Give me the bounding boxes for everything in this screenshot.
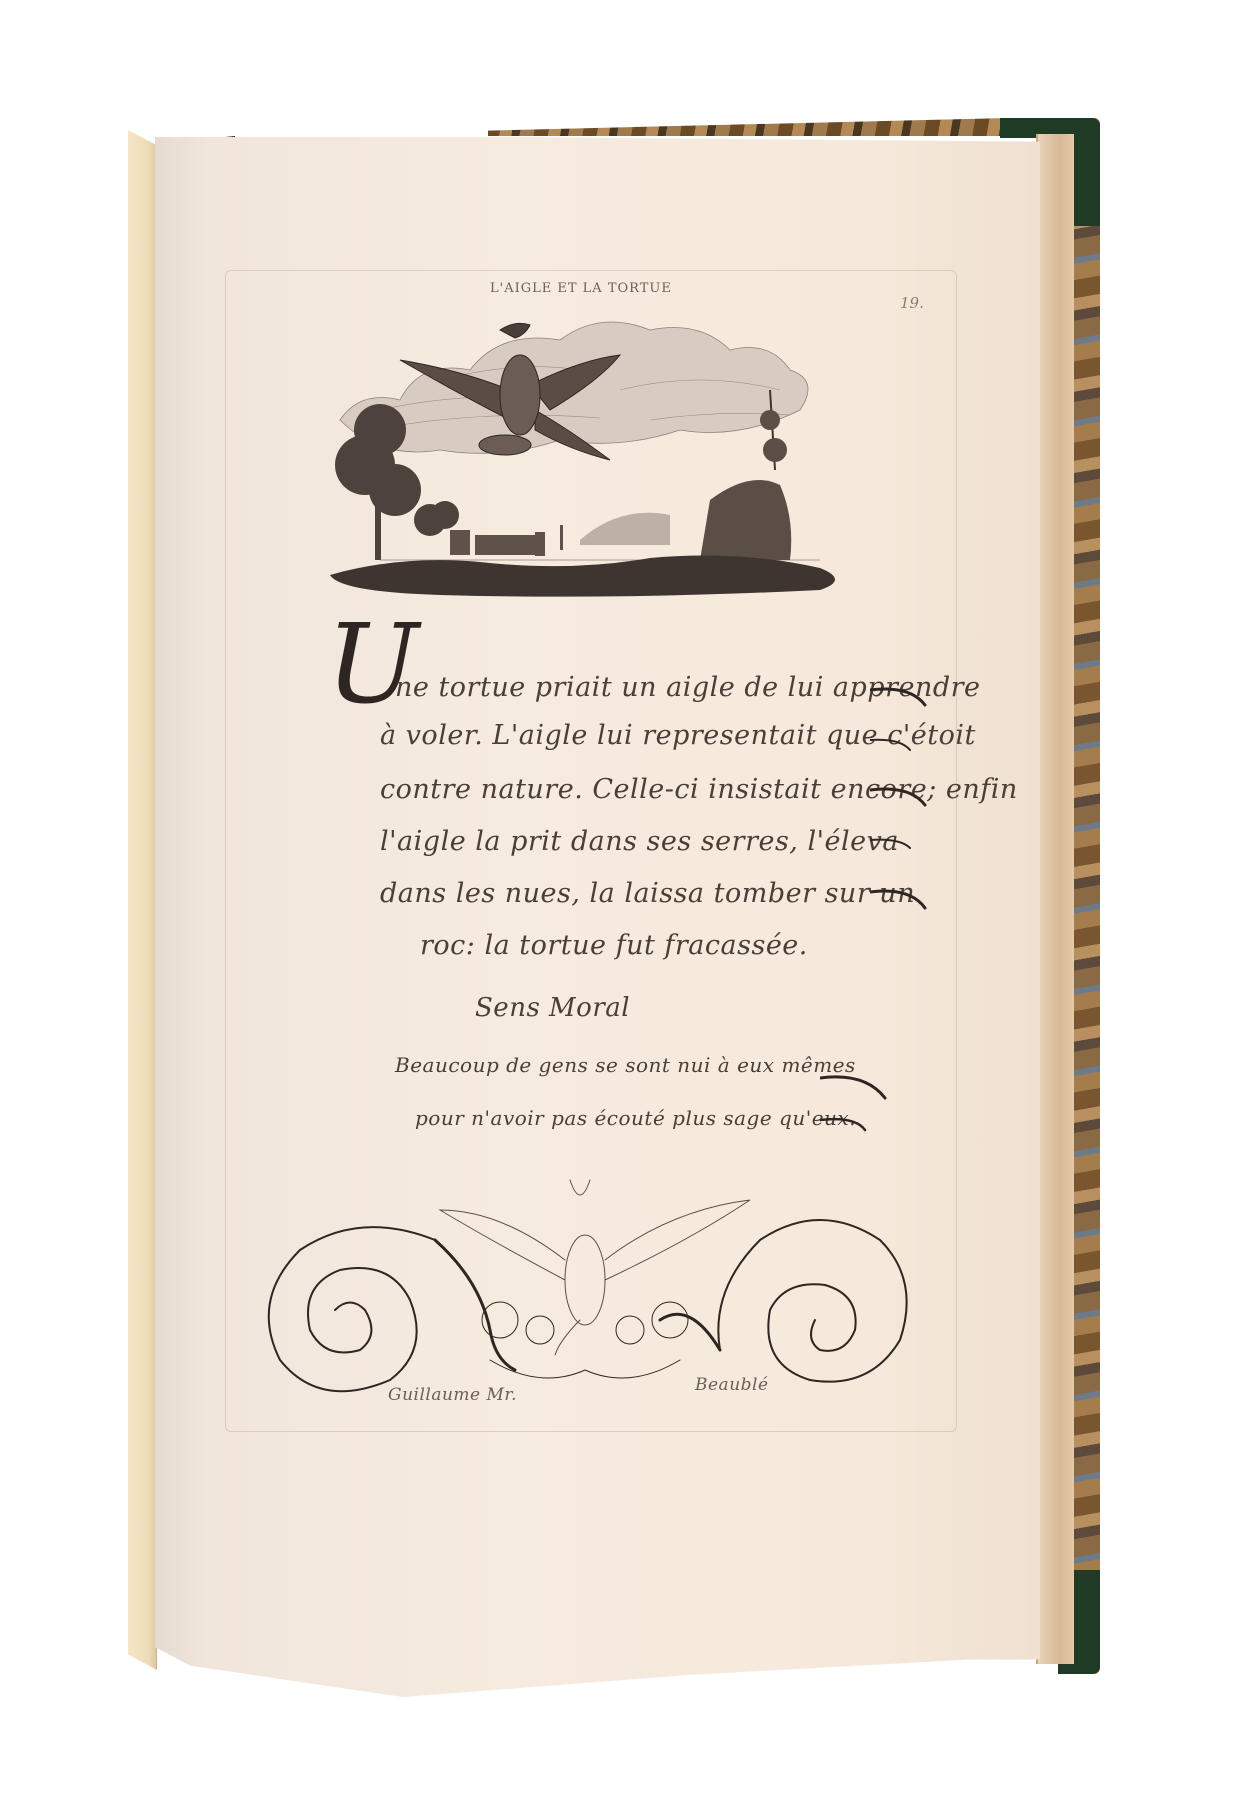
- moral-line-1: Beaucoup de gens se sont nui à eux mêmes: [395, 1053, 856, 1077]
- line-end-flourishes: [870, 680, 930, 920]
- pastedown-edge: [1036, 134, 1074, 1664]
- drop-cap: U: [326, 600, 419, 728]
- fable-line-6: roc: la tortue fut fracassée.: [420, 930, 808, 961]
- plate-title: L'AIGLE ET LA TORTUE: [490, 281, 710, 296]
- fable-line-4: l'aigle la prit dans ses serres, l'éleva: [380, 826, 899, 857]
- moral-title: Sens Moral: [475, 993, 630, 1023]
- engraver-signature-left: Guillaume Mr.: [388, 1385, 517, 1405]
- page-number: 19.: [900, 294, 924, 312]
- marbled-cover-right-edge: [1072, 118, 1100, 1674]
- moral-end-flourishes: [820, 1070, 900, 1150]
- marbled-cover-top-edge: [488, 118, 1008, 136]
- fable-line-5: dans les nues, la laissa tomber sur un: [380, 878, 915, 909]
- calligraphic-bird-ornament: [240, 1170, 940, 1410]
- moral-line-2: pour n'avoir pas écouté plus sage qu'eux…: [415, 1106, 856, 1130]
- engraver-signature-right: Beaublé: [695, 1375, 769, 1395]
- left-flyleaf-edge: [128, 130, 157, 1670]
- eagle-tortoise-engraving: [320, 300, 880, 610]
